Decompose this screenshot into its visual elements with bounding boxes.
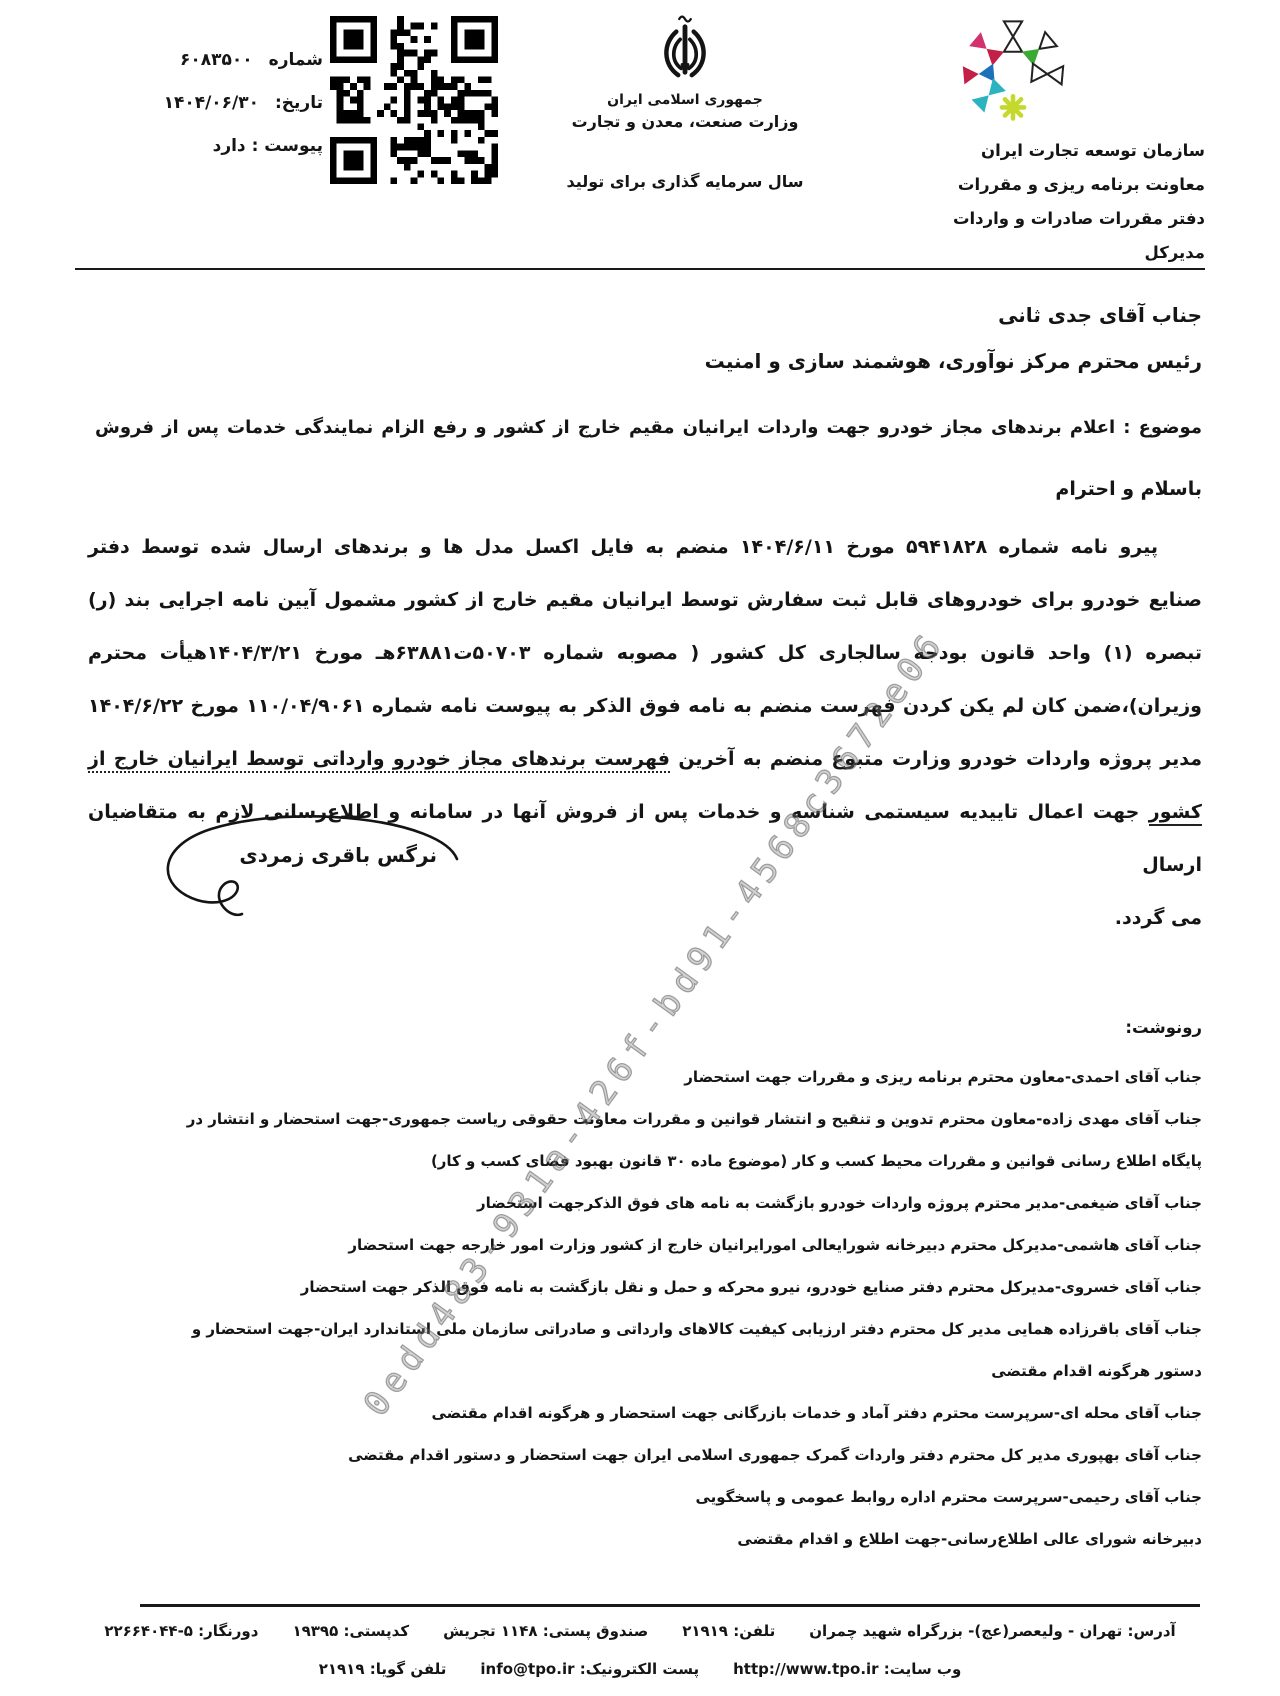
body-line-5-underlined-phrase: فهرست برندهای مجاز خودرو وارداتی توسط ای… (88, 748, 670, 773)
recipient-name: جناب آقای جدی ثانی (88, 292, 1202, 338)
cc-line: جناب آقای خسروی-مدیرکل محترم دفتر صنایع … (60, 1266, 1202, 1308)
body-line-4: وزیران)،ضمن کان لم یکن کردن فهرست منضم ب… (88, 680, 1202, 733)
header-divider (75, 268, 1205, 270)
cc-list: جناب آقای احمدی-معاون محترم برنامه ریزی … (60, 1056, 1202, 1560)
iran-emblem-icon (656, 14, 714, 86)
organization-header: Trade Promotion Organization of Iran (820, 8, 1205, 270)
footer-contact-line: آدرس: تهران - ولیعصر(عج)- بزرگراه شهید چ… (70, 1622, 1210, 1640)
tpo-logo-icon: Trade Promotion Organization of Iran (927, 8, 1099, 134)
tpo-logo-ring-text: Trade Promotion Organization of Iran (927, 8, 931, 10)
body-line-1: پیرو نامه شماره ۵۹۴۱۸۲۸ مورخ ۱۴۰۴/۶/۱۱ م… (88, 521, 1202, 574)
organization-deputy: معاونت برنامه ریزی و مقررات (820, 168, 1205, 202)
footer-divider (140, 1604, 1200, 1607)
footer-phone: تلفن: ۲۱۹۱۹ (682, 1622, 775, 1640)
cc-line: جناب آقای احمدی-معاون محترم برنامه ریزی … (60, 1056, 1202, 1098)
letter-date-row: تاریخ: ۱۴۰۴/۰۶/۳۰ (95, 93, 323, 113)
organization-name: سازمان توسعه تجارت ایران (820, 134, 1205, 168)
cc-line: جناب آقای باقرزاده همایی مدیر کل محترم د… (60, 1308, 1202, 1350)
cc-line: جناب آقای مهدی زاده-معاون محترم تدوین و … (60, 1098, 1202, 1140)
body-line-2: صنایع خودرو برای خودروهای قابل ثبت سفارش… (88, 574, 1202, 627)
footer-email: پست الکترونیک: info@tpo.ir (480, 1660, 699, 1678)
year-slogan: سال سرمایه گذاری برای تولید (540, 172, 830, 191)
cc-line: دستور هرگونه اقدام مقتضی (60, 1350, 1202, 1392)
footer-web-line: وب سایت: http://www.tpo.ir پست الکترونیک… (70, 1660, 1210, 1678)
cc-line: جناب آقای رحیمی-سرپرست محترم اداره روابط… (60, 1476, 1202, 1518)
cc-line: جناب آقای هاشمی-مدیرکل محترم دبیرخانه شو… (60, 1224, 1202, 1266)
footer-voice-phone: تلفن گویا: ۲۱۹۱۹ (319, 1660, 447, 1678)
organization-office: دفتر مقررات صادرات و واردات (820, 202, 1205, 236)
signatory-name: نرگس باقری زمردی (239, 843, 437, 867)
official-letter-page: شماره ۶۰۸۳۵۰۰ تاریخ: ۱۴۰۴/۰۶/۳۰ پیوست : … (0, 0, 1280, 1696)
cc-line: دبیرخانه شورای عالی اطلاع‌رسانی-جهت اطلا… (60, 1518, 1202, 1560)
ministry-title: وزارت صنعت، معدن و تجارت (540, 110, 830, 134)
organization-role: مدیرکل (820, 236, 1205, 270)
footer-postal-code: کدپستی: ۱۹۳۹۵ (292, 1622, 409, 1640)
letter-number-value: ۶۰۸۳۵۰۰ (180, 50, 253, 70)
cc-line: پایگاه اطلاع رسانی قوانین و مقررات محیط … (60, 1140, 1202, 1182)
ministry-header: جمهوری اسلامی ایران وزارت صنعت، معدن و ت… (540, 14, 830, 191)
letter-date-value: ۱۴۰۴/۰۶/۳۰ (164, 93, 259, 113)
body-line-5-text: مدیر پروژه واردات خودرو وزارت متبوع منضم… (678, 748, 1202, 770)
body-line-6-underlined-word: کشور (1149, 801, 1202, 826)
footer-pobox: صندوق پستی: ۱۱۴۸ تجریش (443, 1622, 648, 1640)
letter-number-label: شماره (269, 50, 323, 70)
svg-text:Trade Promotion Organization o: Trade Promotion Organization of Iran (927, 8, 931, 10)
footer-address: آدرس: تهران - ولیعصر(عج)- بزرگراه شهید چ… (809, 1622, 1175, 1640)
cc-line: جناب آقای محله ای-سرپرست محترم دفتر آماد… (60, 1392, 1202, 1434)
letter-meta-block: شماره ۶۰۸۳۵۰۰ تاریخ: ۱۴۰۴/۰۶/۳۰ پیوست : … (95, 50, 323, 179)
footer-website: وب سایت: http://www.tpo.ir (733, 1660, 961, 1678)
letter-date-label: تاریخ: (275, 93, 323, 113)
body-line-5: مدیر پروژه واردات خودرو وزارت متبوع منضم… (88, 733, 1202, 786)
letter-number-row: شماره ۶۰۸۳۵۰۰ (95, 50, 323, 70)
recipient-title: رئیس محترم مرکز نوآوری، هوشمند سازی و ام… (88, 338, 1202, 384)
letter-attachment-row: پیوست : دارد (95, 136, 323, 156)
cc-line: جناب آقای بهپوری مدیر کل محترم دفتر وارد… (60, 1434, 1202, 1476)
subject-line: موضوع : اعلام برندهای مجاز خودرو جهت وار… (95, 417, 1202, 438)
letter-attachment-value: پیوست : دارد (213, 136, 323, 156)
body-line-3: تبصره (۱) واحد قانون بودجه سالجاری کل کش… (88, 627, 1202, 680)
cc-heading: رونوشت: (1125, 1018, 1202, 1037)
signature-block: نرگس باقری زمردی (135, 795, 475, 935)
cc-line: جناب آقای ضیغمی-مدیر محترم پروژه واردات … (60, 1182, 1202, 1224)
salutation: باسلام و احترام (1055, 478, 1202, 500)
republic-title: جمهوری اسلامی ایران (540, 90, 830, 110)
footer-fax: دورنگار: ۵-۲۲۶۶۴۰۴۴ (104, 1622, 258, 1640)
qr-code-icon (330, 16, 498, 184)
recipient-block: جناب آقای جدی ثانی رئیس محترم مرکز نوآور… (88, 292, 1202, 384)
